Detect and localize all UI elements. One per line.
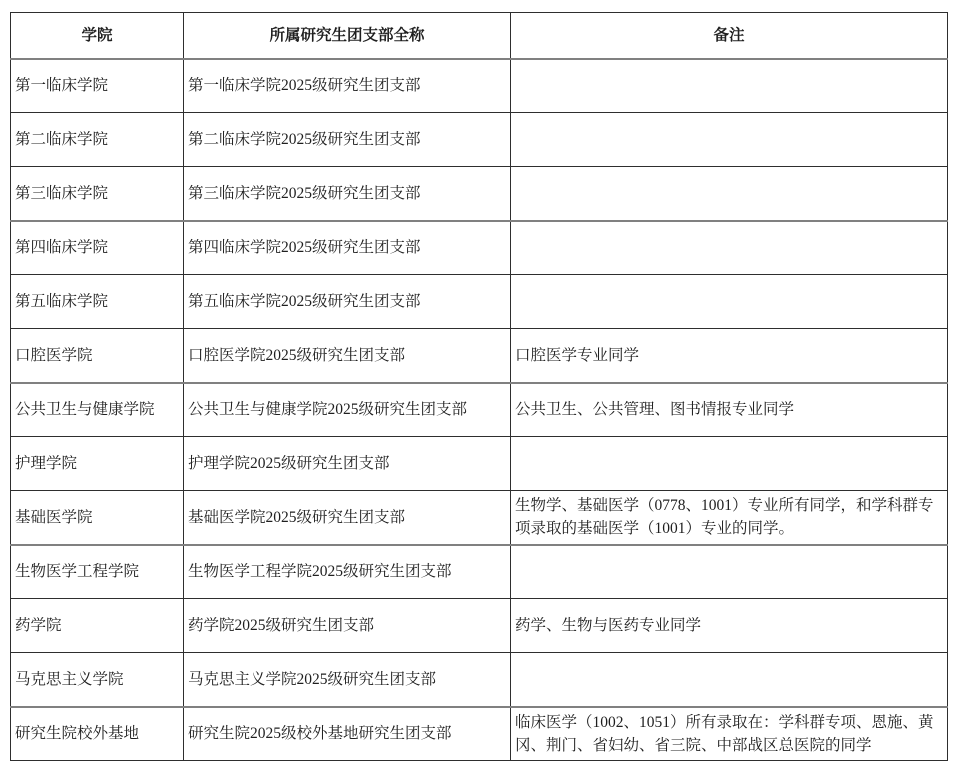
table-row: 药学院 药学院2025级研究生团支部 药学、生物与医药专业同学 bbox=[11, 599, 948, 653]
table-row: 基础医学院 基础医学院2025级研究生团支部 生物学、基础医学（0778、100… bbox=[11, 491, 948, 545]
branch-cell: 第四临床学院2025级研究生团支部 bbox=[184, 221, 511, 275]
document-page: 学院 所属研究生团支部全称 备注 第一临床学院 第一临床学院2025级研究生团支… bbox=[0, 0, 960, 768]
college-cell: 第一临床学院 bbox=[11, 59, 184, 113]
branch-cell: 基础医学院2025级研究生团支部 bbox=[184, 491, 511, 545]
table-row: 第四临床学院 第四临床学院2025级研究生团支部 bbox=[11, 221, 948, 275]
table-body: 第一临床学院 第一临床学院2025级研究生团支部 第二临床学院 第二临床学院20… bbox=[11, 59, 948, 761]
branch-cell: 第一临床学院2025级研究生团支部 bbox=[184, 59, 511, 113]
remark-cell bbox=[511, 275, 948, 329]
college-cell: 基础医学院 bbox=[11, 491, 184, 545]
header-remark: 备注 bbox=[511, 13, 948, 59]
remark-cell: 口腔医学专业同学 bbox=[511, 329, 948, 383]
table-row: 口腔医学院 口腔医学院2025级研究生团支部 口腔医学专业同学 bbox=[11, 329, 948, 383]
remark-cell bbox=[511, 221, 948, 275]
branch-cell: 第五临床学院2025级研究生团支部 bbox=[184, 275, 511, 329]
branch-cell: 生物医学工程学院2025级研究生团支部 bbox=[184, 545, 511, 599]
remark-cell bbox=[511, 167, 948, 221]
branch-cell: 药学院2025级研究生团支部 bbox=[184, 599, 511, 653]
table-row: 生物医学工程学院 生物医学工程学院2025级研究生团支部 bbox=[11, 545, 948, 599]
table-row: 第三临床学院 第三临床学院2025级研究生团支部 bbox=[11, 167, 948, 221]
remark-cell bbox=[511, 113, 948, 167]
league-branch-table: 学院 所属研究生团支部全称 备注 第一临床学院 第一临床学院2025级研究生团支… bbox=[10, 12, 948, 761]
college-cell: 公共卫生与健康学院 bbox=[11, 383, 184, 437]
remark-cell: 生物学、基础医学（0778、1001）专业所有同学，和学科群专项录取的基础医学（… bbox=[511, 491, 948, 545]
branch-cell: 第三临床学院2025级研究生团支部 bbox=[184, 167, 511, 221]
college-cell: 护理学院 bbox=[11, 437, 184, 491]
header-college: 学院 bbox=[11, 13, 184, 59]
college-cell: 药学院 bbox=[11, 599, 184, 653]
college-cell: 第二临床学院 bbox=[11, 113, 184, 167]
college-cell: 生物医学工程学院 bbox=[11, 545, 184, 599]
remark-cell bbox=[511, 545, 948, 599]
college-cell: 第三临床学院 bbox=[11, 167, 184, 221]
branch-cell: 第二临床学院2025级研究生团支部 bbox=[184, 113, 511, 167]
table-row: 护理学院 护理学院2025级研究生团支部 bbox=[11, 437, 948, 491]
table-row: 公共卫生与健康学院 公共卫生与健康学院2025级研究生团支部 公共卫生、公共管理… bbox=[11, 383, 948, 437]
table-row: 马克思主义学院 马克思主义学院2025级研究生团支部 bbox=[11, 653, 948, 707]
remark-cell bbox=[511, 653, 948, 707]
branch-cell: 口腔医学院2025级研究生团支部 bbox=[184, 329, 511, 383]
table-header-row: 学院 所属研究生团支部全称 备注 bbox=[11, 13, 948, 59]
remark-cell: 药学、生物与医药专业同学 bbox=[511, 599, 948, 653]
table-row: 第一临床学院 第一临床学院2025级研究生团支部 bbox=[11, 59, 948, 113]
college-cell: 第四临床学院 bbox=[11, 221, 184, 275]
remark-cell bbox=[511, 59, 948, 113]
college-cell: 口腔医学院 bbox=[11, 329, 184, 383]
branch-cell: 护理学院2025级研究生团支部 bbox=[184, 437, 511, 491]
remark-cell bbox=[511, 437, 948, 491]
branch-cell: 公共卫生与健康学院2025级研究生团支部 bbox=[184, 383, 511, 437]
table-row: 第五临床学院 第五临床学院2025级研究生团支部 bbox=[11, 275, 948, 329]
branch-cell: 研究生院2025级校外基地研究生团支部 bbox=[184, 707, 511, 761]
college-cell: 马克思主义学院 bbox=[11, 653, 184, 707]
college-cell: 第五临床学院 bbox=[11, 275, 184, 329]
header-branch-name: 所属研究生团支部全称 bbox=[184, 13, 511, 59]
table-row: 研究生院校外基地 研究生院2025级校外基地研究生团支部 临床医学（1002、1… bbox=[11, 707, 948, 761]
remark-cell: 临床医学（1002、1051）所有录取在：学科群专项、恩施、黄冈、荆门、省妇幼、… bbox=[511, 707, 948, 761]
remark-cell: 公共卫生、公共管理、图书情报专业同学 bbox=[511, 383, 948, 437]
college-cell: 研究生院校外基地 bbox=[11, 707, 184, 761]
branch-cell: 马克思主义学院2025级研究生团支部 bbox=[184, 653, 511, 707]
table-row: 第二临床学院 第二临床学院2025级研究生团支部 bbox=[11, 113, 948, 167]
